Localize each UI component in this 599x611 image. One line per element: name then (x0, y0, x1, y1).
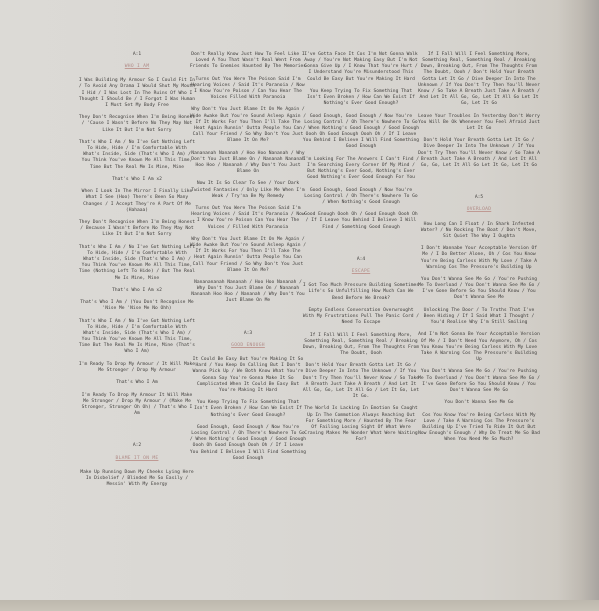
track-number: A:4 (302, 257, 420, 263)
section-spacer (418, 175, 540, 195)
track-number: A:2 (78, 443, 196, 449)
lyric-stanza: Don't Hold Your Breath Gotta Let It Go /… (302, 363, 420, 400)
lyric-stanza: You Don't Wanna See Me Go / You're Pushi… (418, 369, 540, 394)
lyric-stanza: I'm Ready To Drop My Armour / It Will Ma… (78, 362, 196, 374)
lyric-stanza: That's Who I Am (78, 380, 196, 386)
lyric-stanza: Why Don't You Just Blame It On Me Again … (189, 237, 307, 274)
lyric-stanza: It Could Be Easy But You're Making It So… (189, 357, 307, 394)
lyric-stanza: I've Gotta Face It Cos I'm Not Gonna Wal… (302, 52, 420, 83)
section-spacer (189, 311, 307, 331)
lyric-stanza: I'm Looking For The Answers I Can't Find… (302, 157, 420, 182)
lyric-stanza: Don't Hold Your Breath Gotta Let It Go /… (418, 138, 540, 169)
lyric-stanza: I Got Too Much Pressure Building Sometim… (302, 283, 420, 301)
lyrics-column-3: I've Gotta Face It Cos I'm Not Gonna Wal… (302, 52, 420, 450)
lyric-stanza: Empty Endless Conversation Overwrought W… (302, 308, 420, 326)
lyric-stanza: Good Enough, Good Enough / Now You're Lo… (302, 114, 420, 151)
lyric-stanza: I Don't Wannabe Your Acceptable Version … (418, 246, 540, 271)
lyric-stanza: That's Who I Am x2 (78, 288, 196, 294)
lyric-stanza: You Don't Wanna See Me Go (418, 400, 540, 406)
lyric-stanza: You Keep Trying To Fix Something That Is… (189, 400, 307, 418)
lyric-stanza: Don't Really Know Just How To Feel Like … (189, 52, 307, 70)
track-title: WHO I AM (125, 64, 150, 70)
lyric-stanza: Nanananah Nananah / Hoo Hoo Nananah / Wh… (189, 151, 307, 176)
lyric-stanza: Nananananah Nananah / Hoo Hoo Nananah / … (189, 280, 307, 305)
lyric-stanza: You Don't Wanna See Me Go / You're Pushi… (418, 277, 540, 302)
lyrics-column-1: A:1WHO I AMI Was Building My Armour So I… (78, 52, 196, 494)
lyric-stanza: Leave Your Troubles In Yesterday Don't W… (418, 114, 540, 132)
lyric-stanza: If I Fall Will I Feel Something More, So… (418, 52, 540, 107)
lyric-stanza: Unlocking The Door / To Truths That I've… (418, 308, 540, 326)
lyric-stanza: They Don't Recognise When I'm Being Hone… (78, 220, 196, 238)
lyric-stanza: And I'm Not Gonna Be Your Acceptable Ver… (418, 332, 540, 363)
section-spacer (302, 237, 420, 257)
track-title: GOOD ENOUGH (231, 343, 265, 349)
lyric-stanza: That's Who I Am / (You Don't Recognise M… (78, 300, 196, 312)
lyric-stanza: When I Look In The Mirror I Finally Like… (78, 189, 196, 214)
lyric-stanza: That's Who I Am / No I've Got Nothing Le… (78, 245, 196, 282)
lyric-stanza: I'm Ready To Drop My Armour It Will Make… (78, 393, 196, 418)
lyrics-column-2: Don't Really Know Just How To Feel Like … (189, 52, 307, 468)
lyric-stanza: That's Who I Am / No I've Got Nothing Le… (78, 140, 196, 171)
lyric-stanza: Cos You Know You're Being Carless With M… (418, 413, 540, 444)
lyrics-booklet-page: A:1WHO I AMI Was Building My Armour So I… (0, 0, 599, 601)
track-title: ESCAPE (352, 269, 370, 275)
lyric-stanza: You Keep Trying To Fix Something That Is… (302, 89, 420, 107)
lyric-stanza: Turns Out You Were The Poison Said I'm H… (189, 77, 307, 102)
track-number: A:1 (78, 52, 196, 58)
section-spacer (78, 423, 196, 443)
lyric-stanza: That's Who I Am / No I've Got Nothing Le… (78, 319, 196, 356)
track-title: BLAME IT ON ME (116, 456, 159, 462)
lyrics-column-4: If I Fall Will I Feel Something More, So… (418, 52, 540, 450)
lyric-stanza: They Don't Recognise When I'm Being Hone… (78, 115, 196, 133)
lyric-stanza: Good Enough Oooh Oh / Good Enough Oooh O… (302, 212, 420, 230)
lyric-stanza: The World Is Lacking In Emotion So Caugh… (302, 406, 420, 443)
track-title: OVERLOAD (467, 207, 492, 213)
track-number: A:5 (418, 195, 540, 201)
lyric-stanza: Make Up Running Down My Cheeks Lying Her… (78, 470, 196, 488)
lyric-stanza: If I Fall Will I Feel Something More, So… (302, 333, 420, 358)
lyric-stanza: Why Don't You Just Blame It On Me Again … (189, 107, 307, 144)
lyric-stanza: Now It Is So Clear To See / Your Dark Tw… (189, 181, 307, 199)
track-number: A:3 (189, 331, 307, 337)
lyric-stanza: Good Enough, Good Enough / Now You're Lo… (189, 425, 307, 462)
lyric-stanza: That's Who I Am x2 (78, 177, 196, 183)
lyric-stanza: Good Enough, Good Enough / Now You're Lo… (302, 188, 420, 206)
lyric-stanza: I Was Building My Armour So I Could Fit … (78, 78, 196, 109)
lyric-stanza: Turns Out You Were The Poison Said I'm H… (189, 206, 307, 231)
lyric-stanza: How Long Can I Float / In Shark Infested… (418, 222, 540, 240)
